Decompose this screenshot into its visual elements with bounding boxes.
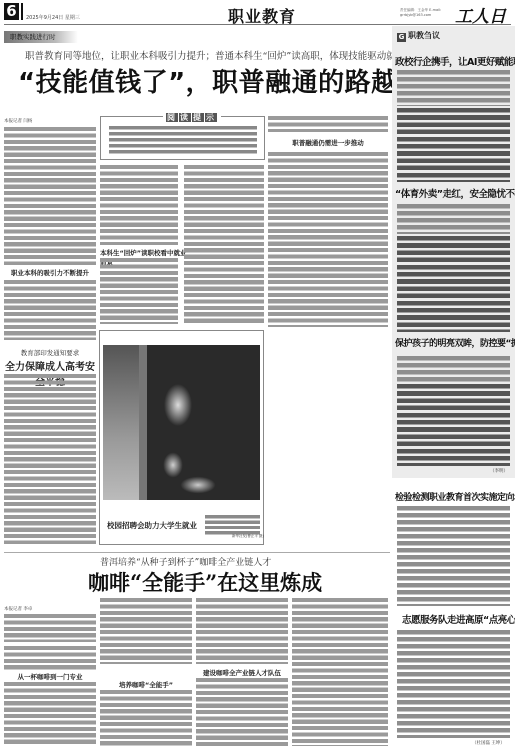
sidebar-article-2-body-b: [397, 236, 510, 332]
sidebar-article-1-headline: 政校行企携手，让AI更好赋能职教实训: [395, 54, 515, 68]
sidebar-article-3-body-a: [397, 356, 510, 382]
lead-body-col-2: [100, 165, 178, 245]
story-divider: [4, 552, 390, 553]
photo-credit: 新华社发(曹正平 摄): [232, 534, 264, 539]
sidebar-column-label: 职教刍议: [408, 31, 440, 40]
issue-date: 2025年9月24日 星期三: [26, 14, 80, 21]
tips-char: 阅: [166, 113, 178, 122]
second-body-col-1a: [4, 614, 96, 642]
lead-byline: 本报记者 闫杨: [4, 118, 32, 124]
second-subhead-2: 培养咖啡“全能手”: [100, 680, 192, 689]
second-headline: 咖啡“全能手”在这里炼成: [88, 567, 322, 597]
masthead: 6 2025年9月24日 星期三 职业教育 责任编辑：王金华 E-mail: g…: [0, 0, 515, 26]
column-logo-icon: G: [397, 33, 406, 42]
page-number-bar: [21, 3, 23, 20]
lead-body-col-4: [268, 152, 388, 327]
sidebar-article-2-headline: “体育外卖”走红，安全隐忧不容忽视: [395, 186, 515, 200]
sidebar-article-3-sig: （李明）: [490, 468, 508, 474]
brief-body: [4, 374, 96, 544]
second-body-col-4: [292, 598, 388, 746]
second-subhead-3: 建设咖啡全产业链人才队伍: [196, 668, 288, 677]
lead-body-col-2b: [100, 258, 178, 324]
second-body-col-1c: [4, 646, 96, 670]
lead-subhead-1: 职业本科的吸引力不断提升: [4, 268, 96, 277]
reading-tips-text: [109, 126, 257, 156]
sidebar-news-1-body: [397, 506, 510, 606]
second-body-col-1b: [4, 682, 96, 746]
tips-char: 读: [179, 113, 191, 122]
page-number: 6: [4, 3, 19, 20]
photo-caption-title: 校园招聘会助力大学生就业: [107, 520, 197, 531]
sidebar-news-2-body: [397, 630, 510, 738]
column-tag: 职教实践进行时: [4, 31, 78, 43]
lead-subhead-3: 职普融通仍需进一步推动: [268, 138, 388, 147]
lead-kicker: 职普教育同等地位，让职业本科吸引力提升；普通本科生“回炉”读高职，体现技能驱动就…: [25, 48, 424, 62]
sidebar-news-2-headline: 志愿服务队走进高原“点亮心灯”: [402, 612, 515, 626]
lead-body-col-1: 进入新学期，随着不少高校考生走进职校，“学历与技能教育衔接”的话题再次引发关注与…: [4, 127, 96, 265]
lead-body-col-1b: [4, 280, 96, 340]
reading-tips-title: 阅读提示: [163, 112, 221, 123]
second-body-col-2a: [100, 598, 192, 664]
second-body-col-2b: [100, 690, 192, 746]
sidebar-article-1-body-b: [397, 108, 510, 182]
brief-kicker: 教育部印发通知要求: [4, 348, 96, 357]
tips-char: 示: [205, 113, 217, 122]
sidebar-column-title: G职教刍议: [397, 30, 440, 42]
sidebar-article-2-body-a: [397, 204, 510, 234]
sidebar-news-2-sig: （杜国磊 王坤）: [472, 740, 505, 746]
masthead-divider: [4, 24, 511, 25]
photo-caption-text: [205, 515, 260, 535]
second-body-col-3b: [196, 678, 288, 746]
photo-banner: [103, 345, 139, 500]
sidebar-article-3-headline: 保护孩子的明亮双眸，防控要“抓早抓小”: [395, 336, 515, 349]
sidebar-news-1-headline: 检验检测职业教育首次实施定向培养: [395, 490, 515, 503]
lead-body-col-3: [184, 165, 264, 325]
editor-info: 责任编辑：王金华 E-mail: grrbjyb@163.com: [400, 8, 450, 18]
sidebar-article-1-body-a: [397, 70, 510, 106]
second-subhead-1: 从一杯咖啡到一门专业: [4, 672, 96, 681]
second-byline: 本报记者 李卓: [4, 606, 32, 612]
lead-body-col-4a: [268, 116, 388, 132]
sidebar-article-3-body-b: [397, 384, 510, 466]
reading-tips-box: 阅读提示: [100, 116, 265, 160]
second-body-col-3a: [196, 598, 288, 664]
tips-char: 提: [192, 113, 204, 122]
